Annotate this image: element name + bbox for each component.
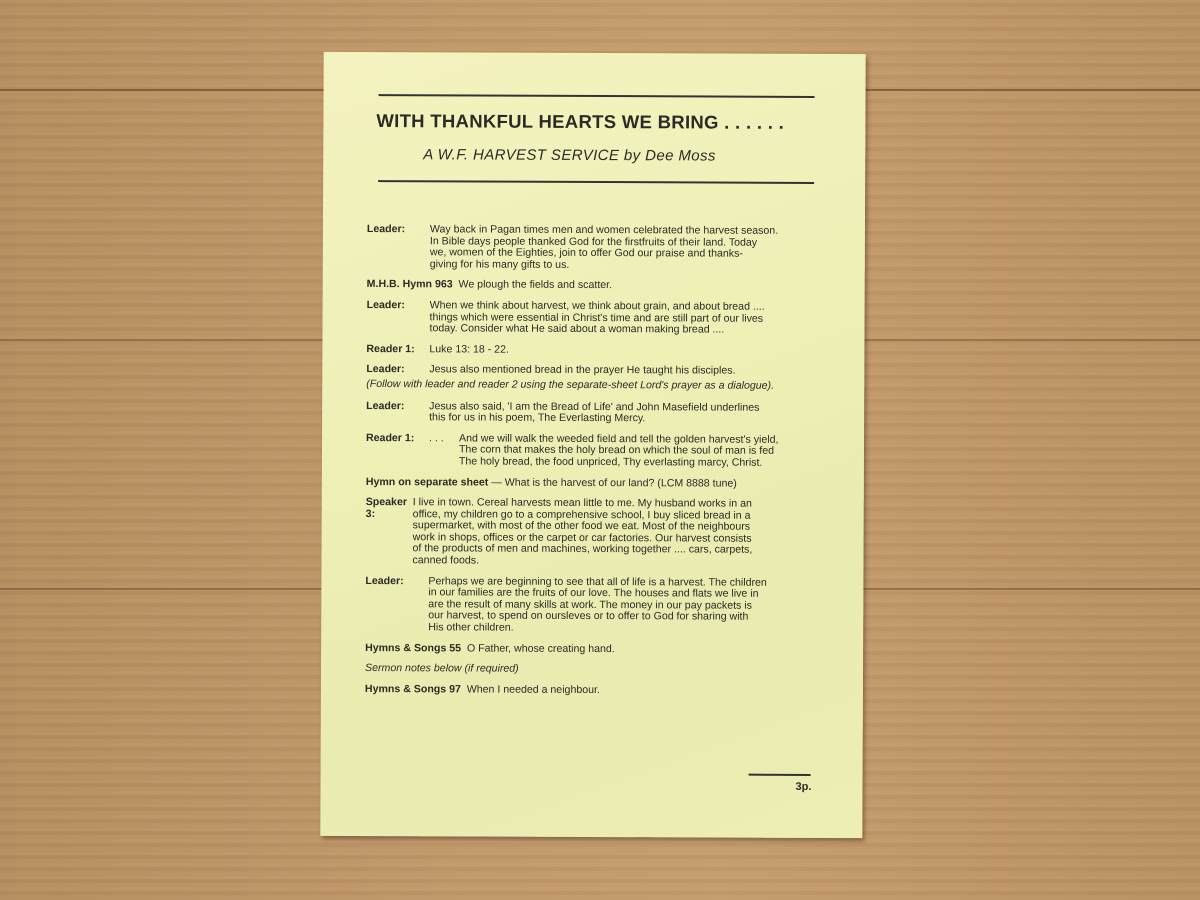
speaker-label: Speaker 3: (365, 497, 412, 567)
hymn-label: Hymns & Songs 97 (365, 683, 461, 695)
service-order: Leader: Way back in Pagan times men and … (365, 224, 847, 706)
entry-text: I live in town. Cereal harvests mean lit… (412, 497, 845, 568)
hymn-title: We plough the fields and scatter. (459, 279, 613, 292)
speaker-label: Leader: (366, 300, 429, 335)
entry-leader-intro: Leader: Way back in Pagan times men and … (367, 224, 847, 272)
harvest-service-leaflet: WITH THANKFUL HEARTS WE BRING . . . . . … (320, 52, 865, 838)
entry-text: Jesus also said, 'I am the Bread of Life… (429, 401, 846, 426)
speaker-label: Leader: (366, 364, 429, 376)
hymn-title: O Father, whose creating hand. (467, 642, 615, 655)
price-rule (749, 774, 811, 776)
instruction-note: (Follow with leader and reader 2 using t… (366, 379, 846, 393)
leaflet-subtitle: A W.F. HARVEST SERVICE by Dee Moss (423, 146, 823, 165)
entry-reader1-luke: Reader 1: Luke 13: 18 - 22. (366, 344, 846, 358)
sermon-notes-line: Sermon notes below (if required) (365, 663, 845, 677)
hymn-title: When I needed a neighbour. (467, 683, 600, 696)
speaker-label: Leader: (365, 576, 428, 634)
entry-text: Way back in Pagan times men and women ce… (430, 224, 847, 272)
entry-hymn-separate-sheet: Hymn on separate sheet — What is the har… (366, 477, 846, 491)
entry-hymn-963: M.H.B. Hymn 963 We plough the fields and… (367, 279, 847, 293)
entry-hymn-55: Hymns & Songs 55 O Father, whose creatin… (365, 643, 845, 657)
entry-hymn-97: Hymns & Songs 97 When I needed a neighbo… (365, 684, 845, 698)
entry-text: Jesus also mentioned bread in the prayer… (429, 365, 846, 378)
speaker-label: Reader 1: (366, 433, 429, 468)
entry-leader-life-harvest: Leader: Perhaps we are beginning to see … (365, 576, 845, 636)
hymn-label: M.H.B. Hymn 963 (367, 278, 453, 290)
ellipsis: . . . (429, 433, 459, 468)
speaker-label: Leader: (366, 401, 429, 424)
entry-leader-bread: Leader: When we think about harvest, we … (366, 300, 846, 337)
entry-text: Luke 13: 18 - 22. (429, 344, 846, 357)
entry-leader-prayer: Leader: Jesus also mentioned bread in th… (366, 364, 846, 378)
entry-speaker3: Speaker 3: I live in town. Cereal harves… (365, 497, 845, 569)
entry-reader1-poem: Reader 1: . . . And we will walk the wee… (366, 433, 846, 470)
entry-text: Perhaps we are beginning to see that all… (428, 576, 845, 636)
entry-leader-masefield: Leader: Jesus also said, 'I am the Bread… (366, 401, 846, 426)
hymn-title: — What is the harvest of our land? (LCM … (491, 476, 737, 489)
speaker-label: Reader 1: (366, 344, 429, 356)
top-rule (379, 94, 815, 98)
leaflet-title: WITH THANKFUL HEARTS WE BRING . . . . . … (376, 110, 836, 134)
bottom-rule (378, 180, 814, 184)
entry-text: When we think about harvest, we think ab… (429, 300, 846, 337)
hymn-label: Hymn on separate sheet (366, 476, 489, 489)
hymn-label: Hymns & Songs 55 (365, 642, 461, 654)
poem-text: And we will walk the weeded field and te… (459, 433, 846, 469)
price-label: 3p. (795, 781, 811, 793)
speaker-label: Leader: (367, 224, 430, 271)
